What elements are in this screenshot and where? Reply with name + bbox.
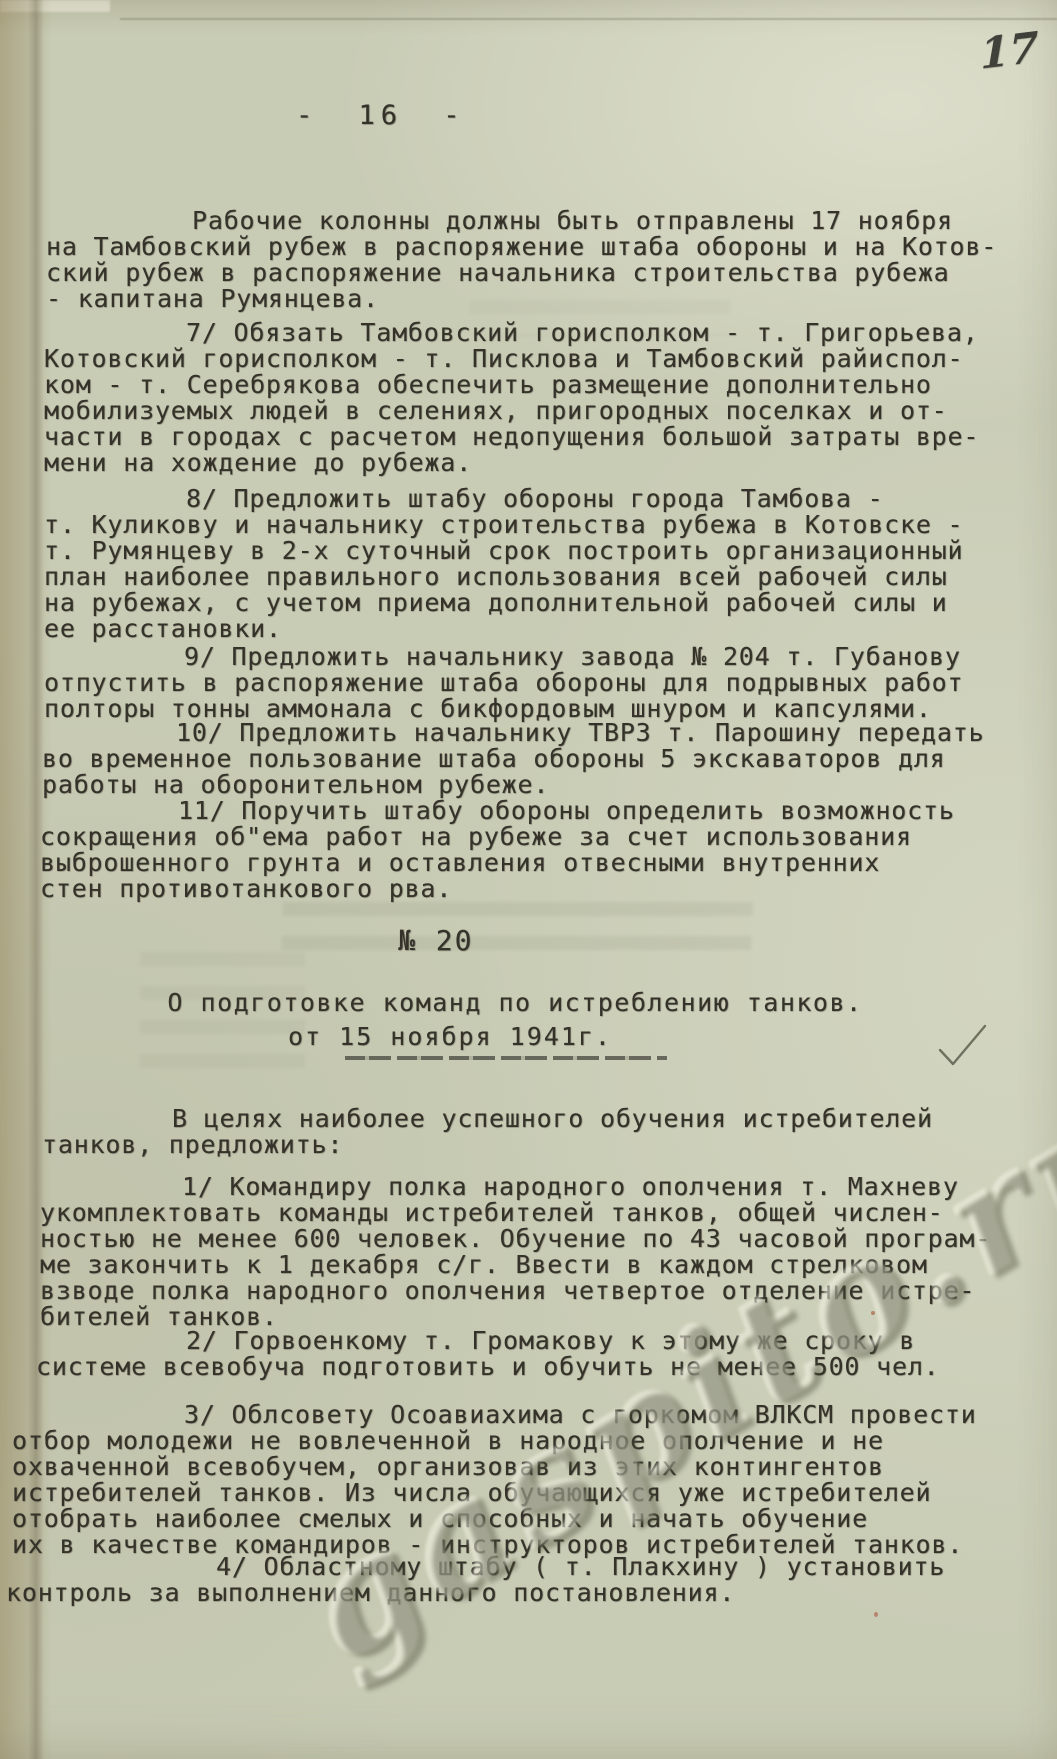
title-underline (345, 1056, 667, 1060)
page-number: - 16 - (296, 100, 466, 131)
handwritten-folio-number: 17 (980, 22, 1039, 78)
paragraph-item-10: 10/ Предложить начальнику ТВРЗ т. Пароши… (42, 720, 1042, 798)
page-title: О подготовке команд по истреблению танко… (0, 988, 1030, 1017)
paragraph-item-9: 9/ Предложить начальнику завода № 204 т.… (44, 644, 1039, 722)
pen-checkmark-icon (930, 1018, 992, 1074)
paper-speck (871, 1311, 875, 1315)
decree-number-heading: № 20 (398, 924, 473, 957)
paragraph-workers-columns: Рабочие колонны должны быть отправлены 1… (46, 208, 1036, 312)
paragraph-decree-intro: В целях наиболее успешного обучения истр… (42, 1106, 1042, 1158)
paragraph-item-11: 11/ Поручить штабу обороны определить во… (40, 798, 1040, 902)
page-top-edge (120, 18, 1057, 20)
decree-date: от 15 ноября 1941г. (130, 1022, 770, 1051)
document-page: 17 - 16 - Рабочие колонны должны быть от… (0, 0, 1057, 1759)
paragraph-item-7: 7/ Обязать Тамбовский горисполком - т. Г… (44, 320, 1039, 476)
paragraph-item-8: 8/ Предложить штабу обороны города Тамбо… (44, 486, 1039, 642)
paper-speck (874, 1612, 878, 1617)
bleedthrough-ghost (281, 902, 753, 954)
